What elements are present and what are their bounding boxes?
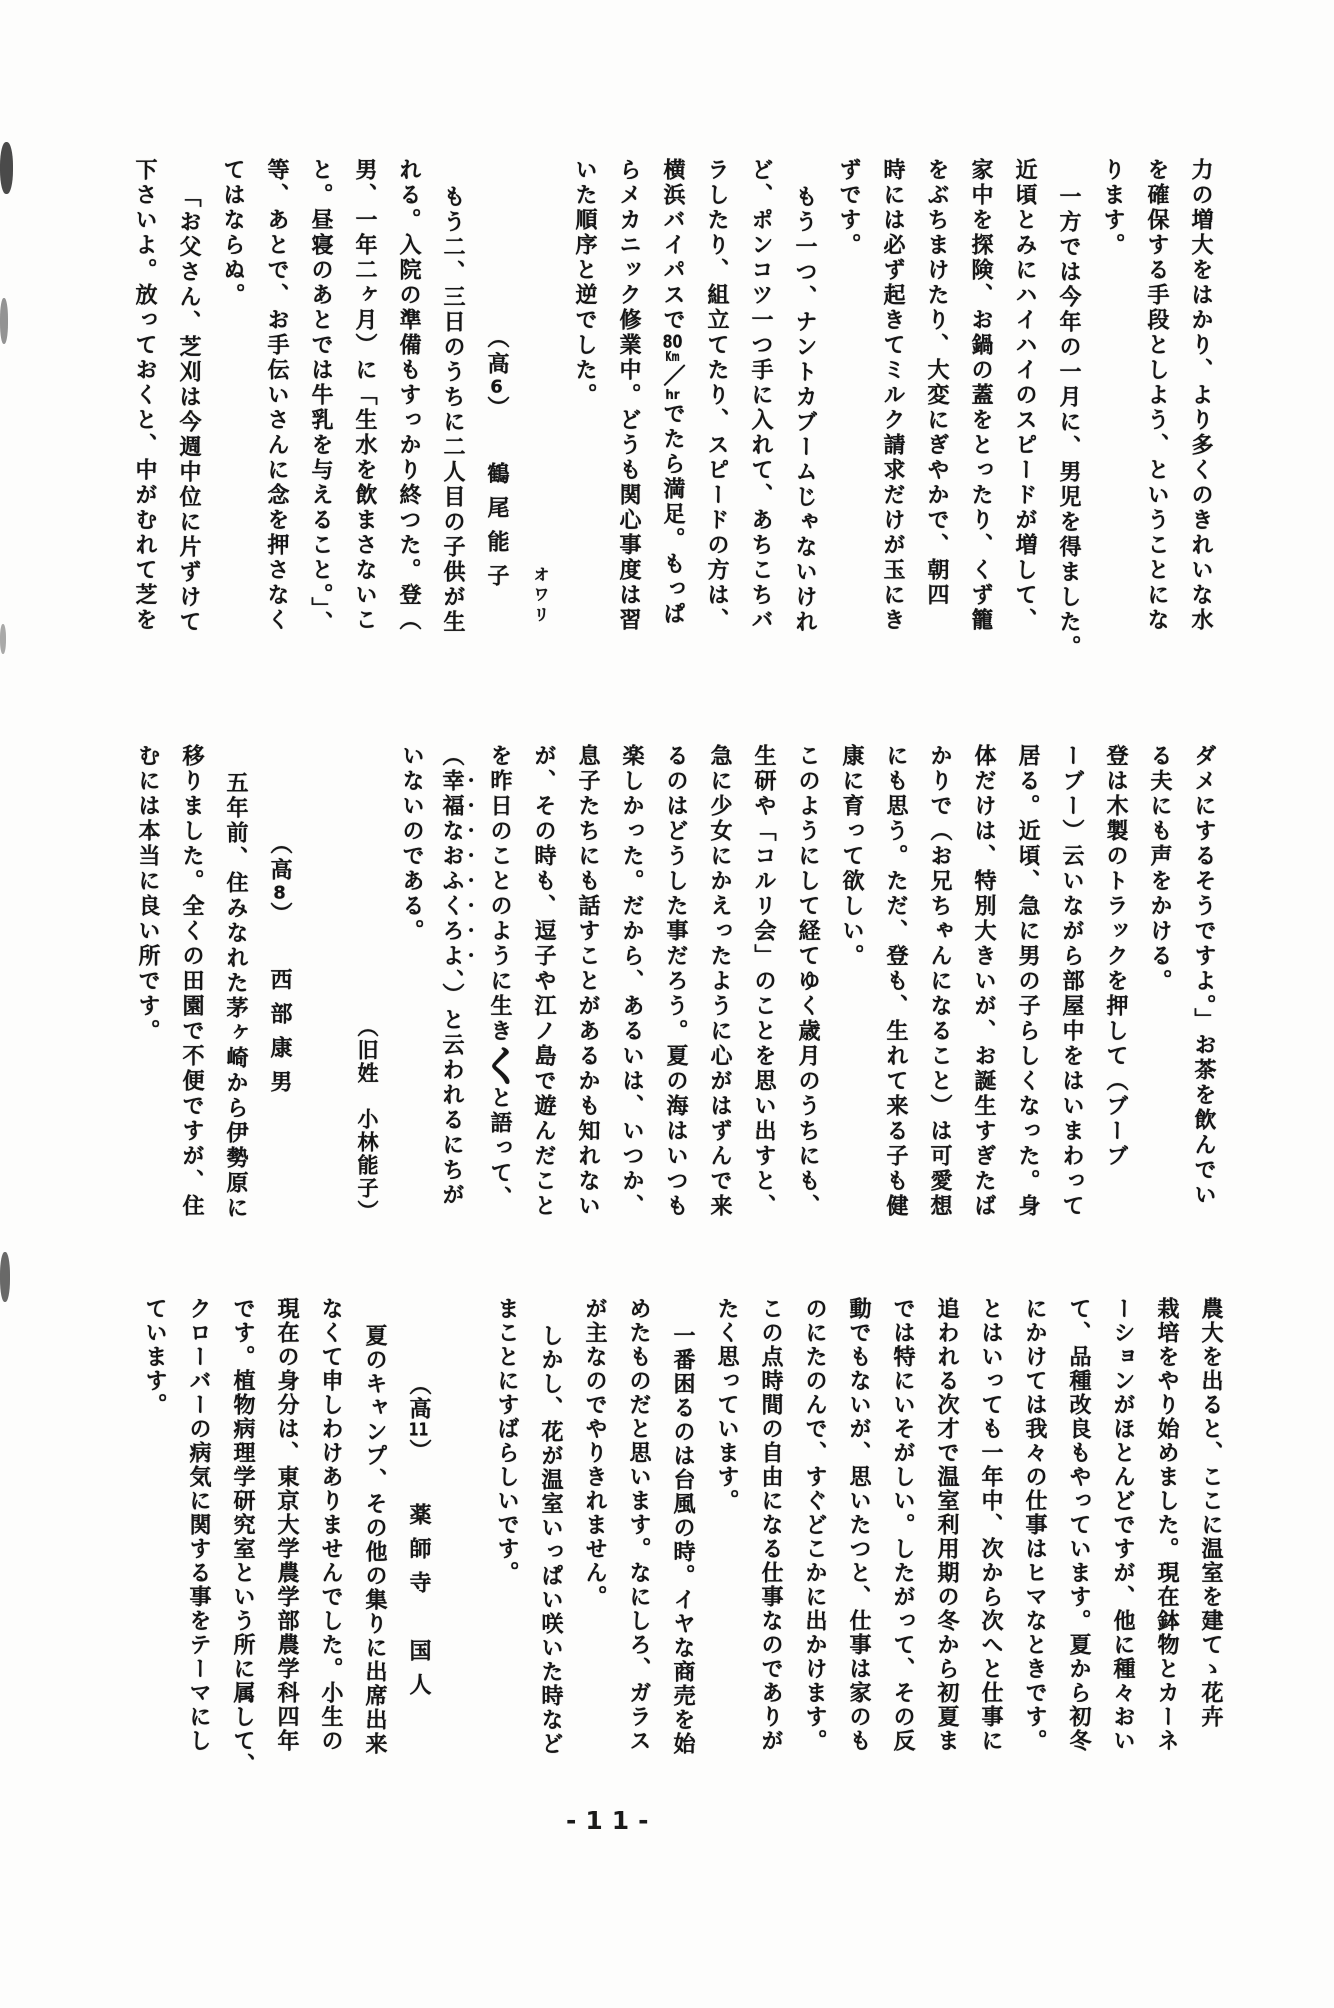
text-column: 力の増大をはかり、より多くのきれいな水 (1178, 158, 1222, 674)
text-column: ーブー）云いながら部屋中をはいまわって (1049, 744, 1093, 1264)
kana-repetition-mark: く (475, 1044, 524, 1086)
class-year-number: 11 (408, 1421, 429, 1439)
article-end-mark: オワリ (518, 158, 562, 674)
text-column: いないのである。 (389, 744, 433, 1264)
emphasized-text: 幸福なおふくろよ (439, 769, 464, 969)
text-column: 息子たちにも話すことがあるかも知れない (565, 744, 609, 1264)
class-year-label: （高 (484, 326, 509, 378)
text-column: とはいっても一年中、次から次へと仕事に (968, 1297, 1012, 1802)
column-gap (301, 744, 345, 1264)
text-column: 体だけは、特別大きいが、お誕生すぎたば (961, 744, 1005, 1264)
text-column: 康に育って欲しい。 (829, 744, 873, 1264)
text-column: 移りました。全くの田園で不便ですが、住 (169, 744, 213, 1264)
text-column: このようにして経てゆく歳月のうちにも、 (785, 744, 829, 1264)
author-signature-yakushiji: （高11）薬師寺 国人 (396, 1297, 440, 1802)
text-column: 登は木製のトラックを押して（ブーブ (1093, 744, 1137, 1264)
column-gap (440, 1297, 484, 1802)
speed-number: 80 (662, 333, 683, 351)
scan-artifact (0, 142, 13, 194)
scan-artifact (0, 624, 6, 654)
text-column: 家中を探険、お鍋の蓋をとったり、くず籠 (958, 158, 1002, 674)
scanned-newsletter-page: 力の増大をはかり、より多くのきれいな水 を確保する手段としよう、ということにな … (0, 0, 1334, 2008)
text-column: ーションがほとんどですが、他に種々おい (1100, 1297, 1144, 1802)
text-column: いた順序と逆でした。 (562, 158, 606, 674)
text-column: ラしたり、組立てたり、スピードの方は、 (694, 158, 738, 674)
text-column: 栽培をやり始めました。現在鉢物とカーネ (1144, 1297, 1188, 1802)
text-column: めたものだと思います。なにしろ、ガラス (616, 1297, 660, 1802)
text-column-emphasis: （幸福なおふくろよ、）と云われるにちが (433, 744, 477, 1264)
text-column: にも思う。ただ、登も、生れて来る子も健 (873, 744, 917, 1264)
speed-text: 横浜バイパスで (660, 158, 685, 333)
class-year-label: （高 (267, 832, 292, 884)
class-year-label: ） (484, 396, 509, 422)
scan-artifact (0, 298, 8, 344)
speed-unit-slash: ／ (660, 364, 685, 389)
text-column: クローバーの病気に関する事をテーマにし (176, 1297, 220, 1802)
author-name: 薬師寺 国人 (406, 1503, 431, 1707)
speed-unit-top: Km (665, 351, 680, 364)
body-text: （ (439, 744, 464, 769)
text-column: なくて申しわけありませんでした。小生の (308, 1297, 352, 1802)
text-column: ています。 (132, 1297, 176, 1802)
body-text: を昨日のことのように生き (487, 744, 512, 1044)
text-column-repeat-mark: を昨日のことのように生きくと語って、 (477, 744, 521, 1264)
speed-unit-bottom: hr (665, 389, 680, 402)
text-column: れる。入院の準備もすっかり終つた。登（ (386, 158, 430, 674)
text-column: ど、ポンコツ一つ手に入れて、あちこちバ (738, 158, 782, 674)
text-column: 近頃とみにハイハイのスピードが増して、 (1002, 158, 1046, 674)
text-column: 男、一年二ヶ月）に「生水を飲まさないこ (342, 158, 386, 674)
text-column: 夏のキャンプ、その他の集りに出席出来 (352, 1297, 396, 1802)
author-signature-tsuruo: （高6）鶴尾能子 (474, 158, 518, 674)
body-text: 、）と云われるにちが (439, 969, 464, 1208)
text-column: ります。 (1090, 158, 1134, 674)
text-column: 動でもないが、思いたつと、仕事は家のも (836, 1297, 880, 1802)
text-column: この点時間の自由になる仕事なのでありが (748, 1297, 792, 1802)
text-column: る夫にも声をかける。 (1137, 744, 1181, 1264)
scan-artifact (0, 1252, 10, 1302)
text-column: らメカニック修業中。どうも関心事度は習 (606, 158, 650, 674)
text-column: かりで（お兄ちゃんになること）は可愛想 (917, 744, 961, 1264)
class-year-number: 8 (269, 884, 290, 902)
text-column: と。昼寝のあとでは牛乳を与えること。」、 (298, 158, 342, 674)
body-text: と語って、 (487, 1086, 512, 1211)
text-column: まことにすばらしいです。 (484, 1297, 528, 1802)
text-column: では特にいそがしい。したがって、その反 (880, 1297, 924, 1802)
text-column: 時には必ず起きてミルク請求だけが玉にき (870, 158, 914, 674)
text-column: るのはどうした事だろう。夏の海はいつも (653, 744, 697, 1264)
speed-text: でたら満足。もっぱ (660, 402, 685, 627)
class-year-label: （高 (406, 1373, 431, 1421)
text-column: しかし、花が温室いっぱい咲いた時など (528, 1297, 572, 1802)
class-year-number: 6 (486, 378, 507, 396)
class-year-label: ） (267, 902, 292, 928)
text-column: 楽しかった。だから、あるいは、いつか、 (609, 744, 653, 1264)
text-column-speed: 横浜バイパスで80Km／hrでたら満足。もっぱ (650, 158, 694, 674)
text-column: たく思っています。 (704, 1297, 748, 1802)
text-band-bottom: 農大を出ると、ここに温室を建てゝ花卉 栽培をやり始めました。現在鉢物とカーネ ー… (132, 1297, 1232, 1802)
text-column: 生研や「コルリ会」のことを思い出すと、 (741, 744, 785, 1264)
text-column: ずです。 (826, 158, 870, 674)
author-name: 西部康男 (267, 968, 292, 1104)
text-column: にかけては我々の仕事はヒマなときです。 (1012, 1297, 1056, 1802)
class-year-label: ） (406, 1439, 431, 1463)
text-column: てはならぬ。 (210, 158, 254, 674)
text-column: 下さいよ。放っておくと、中がむれて芝を (122, 158, 166, 674)
text-column: です。植物病理学研究室という所に属して、 (220, 1297, 264, 1802)
text-column: 等、あとで、お手伝いさんに念を押さなく (254, 158, 298, 674)
author-name: 鶴尾能子 (484, 462, 509, 598)
text-band-top: 力の増大をはかり、より多くのきれいな水 を確保する手段としよう、ということにな … (122, 158, 1222, 674)
text-column: 「お父さん、芝刈は今週中位に片ずけて (166, 158, 210, 674)
text-column: 居る。近頃、急に男の子らしくなった。身 (1005, 744, 1049, 1264)
text-column: むには本当に良い所です。 (125, 744, 169, 1264)
text-column: のにたのんで、すぐどこかに出かけます。 (792, 1297, 836, 1802)
text-column: 現在の身分は、東京大学農学部農学科四年 (264, 1297, 308, 1802)
text-column: 急に少女にかえったように心がはずんで来 (697, 744, 741, 1264)
text-column: もう一つ、ナントカブームじゃないけれ (782, 158, 826, 674)
text-column: 一番困るのは台風の時。イヤな商売を始 (660, 1297, 704, 1802)
text-column: 一方では今年の一月に、男児を得ました。 (1046, 158, 1090, 674)
author-signature-nishibe: （高8）西部康男 (257, 744, 301, 1264)
text-column: 五年前、住みなれた茅ヶ崎から伊勢原に (213, 744, 257, 1264)
text-column: もう二、三日のうちに二人目の子供が生 (430, 158, 474, 674)
text-column: が主なのでやりきれません。 (572, 1297, 616, 1802)
maiden-name-note: （旧姓 小林能子） (345, 744, 389, 1264)
text-column: を確保する手段としよう、ということにな (1134, 158, 1178, 674)
text-column: をぶちまけたり、大変にぎやかで、朝四 (914, 158, 958, 674)
text-column: 農大を出ると、ここに温室を建てゝ花卉 (1188, 1297, 1232, 1802)
text-column: 追われる次才で温室利用期の冬から初夏ま (924, 1297, 968, 1802)
text-column: ダメにするそうですよ。」お茶を飲んでい (1181, 744, 1225, 1264)
text-column: が、その時も、逗子や江ノ島で遊んだこと (521, 744, 565, 1264)
text-column: て、品種改良もやっています。夏から初冬 (1056, 1297, 1100, 1802)
page-number: -11- (566, 1806, 658, 1835)
text-band-middle: ダメにするそうですよ。」お茶を飲んでい る夫にも声をかける。 登は木製のトラック… (125, 744, 1225, 1264)
